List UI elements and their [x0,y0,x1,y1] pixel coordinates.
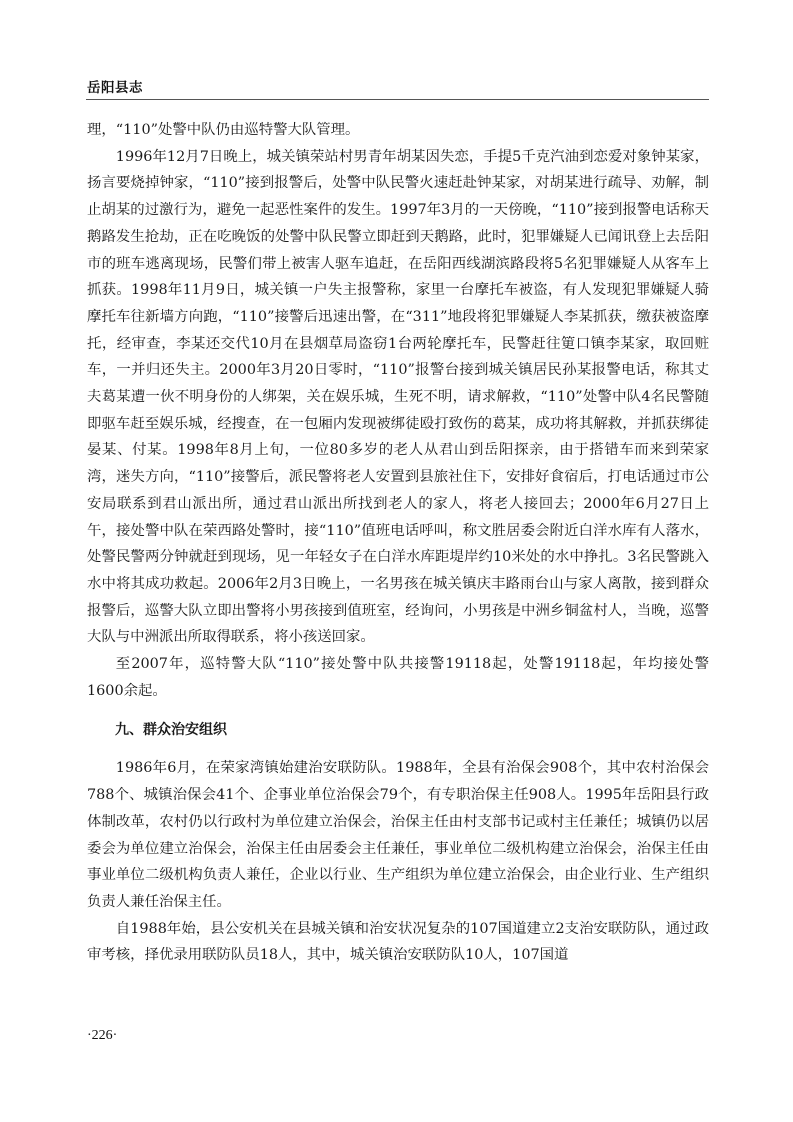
header-divider [86,99,709,100]
paragraph-continuation: 理，“110”处警中队仍由巡特警大队管理。 [87,117,709,144]
paragraph-110-cases: 1996年12月7日晚上，城关镇荣站村男青年胡某因失恋，手提5千克汽油到恋爱对象… [87,144,709,651]
paragraph-110-statistics: 至2007年，巡特警大队“110”接处警中队共接警19118起，处警19118起… [87,651,709,704]
page-number: ·226· [87,1028,117,1044]
section-heading: 九、群众治安组织 [87,717,709,743]
paragraph-joint-defense-teams: 自1988年始，县公安机关在县城关镇和治安状况复杂的107国道建立2支治安联防队… [87,916,709,969]
running-header-title: 岳阳县志 [87,76,143,96]
paragraph-security-committees: 1986年6月，在荣家湾镇始建治安联防队。1988年，全县有治保会908个，其中… [87,755,709,915]
page-body: 理，“110”处警中队仍由巡特警大队管理。 1996年12月7日晚上，城关镇荣站… [87,117,709,969]
